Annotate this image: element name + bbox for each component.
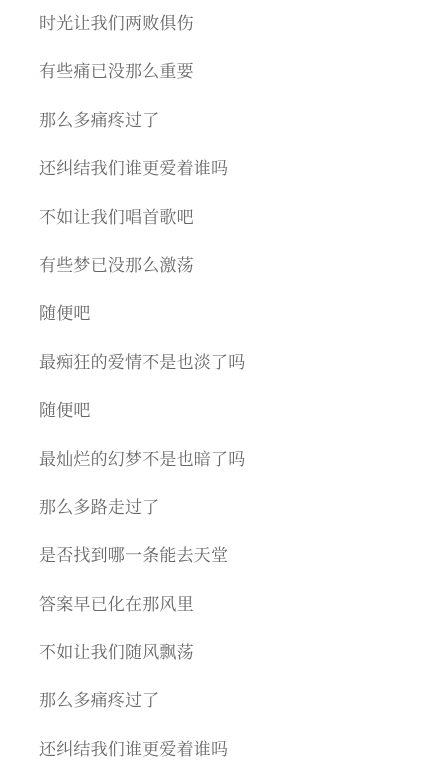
lyric-line: 最痴狂的爱情不是也淡了吗 xyxy=(39,339,435,387)
lyric-line: 不如让我们随风飘荡 xyxy=(39,629,435,677)
lyric-line: 时光让我们两败俱伤 xyxy=(39,0,435,48)
lyric-line: 随便吧 xyxy=(39,290,435,338)
lyric-line: 还纠结我们谁更爱着谁吗 xyxy=(39,726,435,774)
lyrics-panel: 时光让我们两败俱伤 有些痛已没那么重要 那么多痛疼过了 还纠结我们谁更爱着谁吗 … xyxy=(0,0,435,776)
lyric-line: 最灿烂的幻梦不是也暗了吗 xyxy=(39,436,435,484)
lyric-line: 答案早已化在那风里 xyxy=(39,581,435,629)
lyric-line: 有些痛已没那么重要 xyxy=(39,48,435,96)
lyric-line: 随便吧 xyxy=(39,387,435,435)
lyric-line: 那么多痛疼过了 xyxy=(39,677,435,725)
lyric-line: 不如让我们唱首歌吧 xyxy=(39,194,435,242)
lyric-line: 还纠结我们谁更爱着谁吗 xyxy=(39,145,435,193)
lyric-line: 有些梦已没那么激荡 xyxy=(39,242,435,290)
lyric-line: 那么多痛疼过了 xyxy=(39,97,435,145)
lyric-line: 那么多路走过了 xyxy=(39,484,435,532)
lyric-line: 是否找到哪一条能去天堂 xyxy=(39,532,435,580)
